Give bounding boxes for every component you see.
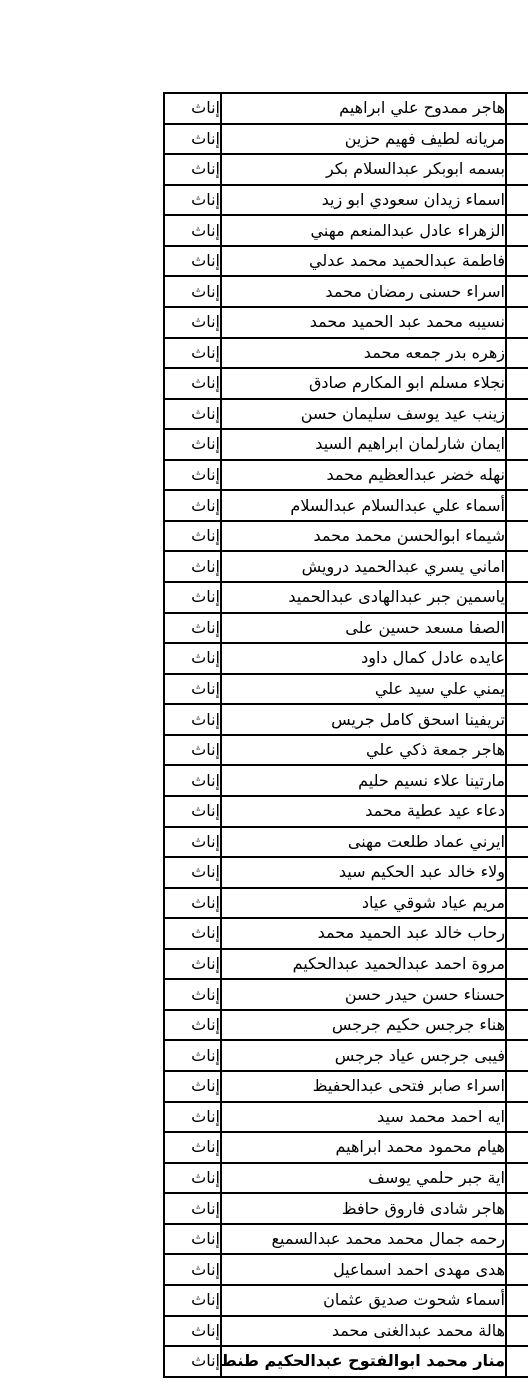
table-row: إناث زهره بدر جمعه محمد bbox=[164, 338, 528, 369]
serial-cell bbox=[506, 307, 528, 338]
name-cell: نسيبه محمد عبد الحميد محمد bbox=[221, 307, 506, 338]
gender-cell: إناث bbox=[164, 1132, 221, 1163]
serial-cell bbox=[506, 1254, 528, 1285]
name-cell: عايده عادل كمال داود bbox=[221, 643, 506, 674]
name-cell: هاجر ممدوح علي ابراهيم bbox=[221, 93, 506, 124]
gender-cell: إناث bbox=[164, 124, 221, 155]
table-row: إناث اسراء صابر فتحى عبدالحفيظ bbox=[164, 1071, 528, 1102]
serial-cell bbox=[506, 704, 528, 735]
gender-cell: إناث bbox=[164, 1010, 221, 1041]
name-cell: اية جبر حلمي يوسف bbox=[221, 1163, 506, 1194]
serial-cell bbox=[506, 949, 528, 980]
serial-cell bbox=[506, 1224, 528, 1255]
name-cell: حسناء حسن حيدر حسن bbox=[221, 979, 506, 1010]
name-cell: منار محمد ابوالفتوح عبدالحكيم طنطاوى bbox=[221, 1346, 506, 1377]
serial-cell bbox=[506, 857, 528, 888]
gender-cell: إناث bbox=[164, 643, 221, 674]
name-cell: هيام محمود محمد ابراهيم bbox=[221, 1132, 506, 1163]
gender-cell: إناث bbox=[164, 918, 221, 949]
gender-cell: إناث bbox=[164, 827, 221, 858]
name-cell: مريم عياد شوقي عياد bbox=[221, 888, 506, 919]
name-cell: هدى مهدى احمد اسماعيل bbox=[221, 1254, 506, 1285]
serial-cell bbox=[506, 215, 528, 246]
gender-cell: إناث bbox=[164, 1040, 221, 1071]
serial-cell bbox=[506, 1316, 528, 1347]
gender-cell: إناث bbox=[164, 1071, 221, 1102]
serial-cell bbox=[506, 1132, 528, 1163]
serial-cell bbox=[506, 460, 528, 491]
name-cell: هالة محمد عبدالغنى محمد bbox=[221, 1316, 506, 1347]
gender-cell: إناث bbox=[164, 551, 221, 582]
serial-cell bbox=[506, 735, 528, 766]
table-row: إناث رحاب خالد عبد الحميد محمد bbox=[164, 918, 528, 949]
table-row: إناث مارتينا علاء نسيم حليم bbox=[164, 765, 528, 796]
female-names-roster: إناث هاجر ممدوح علي ابراهيم إناث مريانه … bbox=[163, 92, 528, 1378]
table-row: إناث اماني يسري عبدالحميد درويش bbox=[164, 551, 528, 582]
table-row: إناث ايرني عماد طلعت مهنى bbox=[164, 827, 528, 858]
serial-cell bbox=[506, 765, 528, 796]
name-cell: فاطمة عبدالحميد محمد عدلي bbox=[221, 246, 506, 277]
serial-cell bbox=[506, 399, 528, 430]
gender-cell: إناث bbox=[164, 888, 221, 919]
gender-cell: إناث bbox=[164, 276, 221, 307]
gender-cell: إناث bbox=[164, 93, 221, 124]
table-row: إناث شيماء ابوالحسن محمد محمد bbox=[164, 521, 528, 552]
name-cell: فيبى جرجس عياد جرجس bbox=[221, 1040, 506, 1071]
serial-cell bbox=[506, 246, 528, 277]
table-row: إناث تريفينا اسحق كامل جريس bbox=[164, 704, 528, 735]
table-row: إناث زينب عيد يوسف سليمان حسن bbox=[164, 399, 528, 430]
name-cell: هاجر جمعة ذكي علي bbox=[221, 735, 506, 766]
serial-cell bbox=[506, 1010, 528, 1041]
name-cell: بسمه ابوبكر عبدالسلام بكر bbox=[221, 154, 506, 185]
gender-cell: إناث bbox=[164, 246, 221, 277]
name-cell: ايرني عماد طلعت مهنى bbox=[221, 827, 506, 858]
name-cell: رحاب خالد عبد الحميد محمد bbox=[221, 918, 506, 949]
table-row: إناث اية جبر حلمي يوسف bbox=[164, 1163, 528, 1194]
name-cell: اسراء صابر فتحى عبدالحفيظ bbox=[221, 1071, 506, 1102]
table-row: إناث دعاء عيد عطية محمد bbox=[164, 796, 528, 827]
gender-cell: إناث bbox=[164, 1193, 221, 1224]
table-row: إناث اسماء زيدان سعودي ابو زيد bbox=[164, 185, 528, 216]
gender-cell: إناث bbox=[164, 674, 221, 705]
table-row: إناث هالة محمد عبدالغنى محمد bbox=[164, 1316, 528, 1347]
serial-cell bbox=[506, 613, 528, 644]
name-cell: هاجر شادى فاروق حافظ bbox=[221, 1193, 506, 1224]
table-row: إناث هاجر شادى فاروق حافظ bbox=[164, 1193, 528, 1224]
name-cell: رحمه جمال محمد محمد عبدالسميع bbox=[221, 1224, 506, 1255]
table-row: إناث مروة احمد عبدالحميد عبدالحكيم bbox=[164, 949, 528, 980]
table-row: إناث هاجر ممدوح علي ابراهيم bbox=[164, 93, 528, 124]
gender-cell: إناث bbox=[164, 521, 221, 552]
table-row: إناث ولاء خالد عبد الحكيم سيد bbox=[164, 857, 528, 888]
table-row: إناث الزهراء عادل عبدالمنعم مهني bbox=[164, 215, 528, 246]
name-cell: زينب عيد يوسف سليمان حسن bbox=[221, 399, 506, 430]
gender-cell: إناث bbox=[164, 429, 221, 460]
gender-cell: إناث bbox=[164, 185, 221, 216]
table-row: إناث ايمان شارلمان ابراهيم السيد bbox=[164, 429, 528, 460]
serial-cell bbox=[506, 643, 528, 674]
name-cell: أسماء علي عبدالسلام عبدالسلام bbox=[221, 490, 506, 521]
gender-cell: إناث bbox=[164, 215, 221, 246]
name-cell: أسماء شحوت صديق عثمان bbox=[221, 1285, 506, 1316]
name-cell: مروة احمد عبدالحميد عبدالحكيم bbox=[221, 949, 506, 980]
table-row: إناث هيام محمود محمد ابراهيم bbox=[164, 1132, 528, 1163]
gender-cell: إناث bbox=[164, 613, 221, 644]
gender-cell: إناث bbox=[164, 1224, 221, 1255]
table-row: إناث هدى مهدى احمد اسماعيل bbox=[164, 1254, 528, 1285]
gender-cell: إناث bbox=[164, 338, 221, 369]
table-row: إناث ايه احمد محمد سيد bbox=[164, 1102, 528, 1133]
serial-cell bbox=[506, 796, 528, 827]
table-row: إناث هناء جرجس حكيم جرجس bbox=[164, 1010, 528, 1041]
serial-cell bbox=[506, 185, 528, 216]
table-row: إناث نسيبه محمد عبد الحميد محمد bbox=[164, 307, 528, 338]
gender-cell: إناث bbox=[164, 857, 221, 888]
serial-cell bbox=[506, 1040, 528, 1071]
serial-cell bbox=[506, 551, 528, 582]
gender-cell: إناث bbox=[164, 368, 221, 399]
table-row: إناث رحمه جمال محمد محمد عبدالسميع bbox=[164, 1224, 528, 1255]
table-row: إناث فيبى جرجس عياد جرجس bbox=[164, 1040, 528, 1071]
name-cell: اسماء زيدان سعودي ابو زيد bbox=[221, 185, 506, 216]
name-cell: هناء جرجس حكيم جرجس bbox=[221, 1010, 506, 1041]
table-row: إناث نهله خضر عبدالعظيم محمد bbox=[164, 460, 528, 491]
gender-cell: إناث bbox=[164, 765, 221, 796]
name-cell: ياسمين جبر عبدالهادى عبدالحميد bbox=[221, 582, 506, 613]
table-row: إناث ياسمين جبر عبدالهادى عبدالحميد bbox=[164, 582, 528, 613]
serial-cell bbox=[506, 1285, 528, 1316]
gender-cell: إناث bbox=[164, 490, 221, 521]
serial-cell bbox=[506, 338, 528, 369]
name-cell: مريانه لطيف فهيم حزين bbox=[221, 124, 506, 155]
table-row: إناث أسماء شحوت صديق عثمان bbox=[164, 1285, 528, 1316]
serial-cell bbox=[506, 918, 528, 949]
serial-cell bbox=[506, 582, 528, 613]
name-cell: مارتينا علاء نسيم حليم bbox=[221, 765, 506, 796]
table-row: إناث الصفا مسعد حسين على bbox=[164, 613, 528, 644]
name-cell: شيماء ابوالحسن محمد محمد bbox=[221, 521, 506, 552]
table-row: إناث مريانه لطيف فهيم حزين bbox=[164, 124, 528, 155]
table-row: إناث حسناء حسن حيدر حسن bbox=[164, 979, 528, 1010]
gender-cell: إناث bbox=[164, 399, 221, 430]
name-cell: اماني يسري عبدالحميد درويش bbox=[221, 551, 506, 582]
gender-cell: إناث bbox=[164, 1316, 221, 1347]
gender-cell: إناث bbox=[164, 735, 221, 766]
gender-cell: إناث bbox=[164, 704, 221, 735]
serial-cell bbox=[506, 888, 528, 919]
serial-cell bbox=[506, 521, 528, 552]
serial-cell bbox=[506, 674, 528, 705]
serial-cell bbox=[506, 154, 528, 185]
serial-cell bbox=[506, 1346, 528, 1377]
name-cell: دعاء عيد عطية محمد bbox=[221, 796, 506, 827]
names-table: إناث هاجر ممدوح علي ابراهيم إناث مريانه … bbox=[163, 92, 528, 1378]
table-row: إناث فاطمة عبدالحميد محمد عدلي bbox=[164, 246, 528, 277]
name-cell: نهله خضر عبدالعظيم محمد bbox=[221, 460, 506, 491]
table-row: إناث أسماء علي عبدالسلام عبدالسلام bbox=[164, 490, 528, 521]
gender-cell: إناث bbox=[164, 1346, 221, 1377]
table-row: إناث يمني علي سيد علي bbox=[164, 674, 528, 705]
serial-cell bbox=[506, 1163, 528, 1194]
table-row: إناث نجلاء مسلم ابو المكارم صادق bbox=[164, 368, 528, 399]
gender-cell: إناث bbox=[164, 307, 221, 338]
gender-cell: إناث bbox=[164, 1254, 221, 1285]
names-table-body: إناث هاجر ممدوح علي ابراهيم إناث مريانه … bbox=[164, 93, 528, 1377]
table-row: إناث منار محمد ابوالفتوح عبدالحكيم طنطاو… bbox=[164, 1346, 528, 1377]
serial-cell bbox=[506, 276, 528, 307]
name-cell: تريفينا اسحق كامل جريس bbox=[221, 704, 506, 735]
gender-cell: إناث bbox=[164, 582, 221, 613]
name-cell: اسراء حسنى رمضان محمد bbox=[221, 276, 506, 307]
name-cell: الصفا مسعد حسين على bbox=[221, 613, 506, 644]
table-row: إناث عايده عادل كمال داود bbox=[164, 643, 528, 674]
gender-cell: إناث bbox=[164, 460, 221, 491]
gender-cell: إناث bbox=[164, 949, 221, 980]
name-cell: ايه احمد محمد سيد bbox=[221, 1102, 506, 1133]
name-cell: الزهراء عادل عبدالمنعم مهني bbox=[221, 215, 506, 246]
serial-cell bbox=[506, 979, 528, 1010]
gender-cell: إناث bbox=[164, 979, 221, 1010]
name-cell: زهره بدر جمعه محمد bbox=[221, 338, 506, 369]
serial-cell bbox=[506, 1102, 528, 1133]
serial-cell bbox=[506, 368, 528, 399]
serial-cell bbox=[506, 124, 528, 155]
serial-cell bbox=[506, 1193, 528, 1224]
table-row: إناث هاجر جمعة ذكي علي bbox=[164, 735, 528, 766]
name-cell: يمني علي سيد علي bbox=[221, 674, 506, 705]
serial-cell bbox=[506, 429, 528, 460]
serial-cell bbox=[506, 1071, 528, 1102]
gender-cell: إناث bbox=[164, 154, 221, 185]
table-row: إناث مريم عياد شوقي عياد bbox=[164, 888, 528, 919]
serial-cell bbox=[506, 93, 528, 124]
serial-cell bbox=[506, 490, 528, 521]
gender-cell: إناث bbox=[164, 1285, 221, 1316]
table-row: إناث بسمه ابوبكر عبدالسلام بكر bbox=[164, 154, 528, 185]
gender-cell: إناث bbox=[164, 796, 221, 827]
gender-cell: إناث bbox=[164, 1163, 221, 1194]
name-cell: ايمان شارلمان ابراهيم السيد bbox=[221, 429, 506, 460]
gender-cell: إناث bbox=[164, 1102, 221, 1133]
serial-cell bbox=[506, 827, 528, 858]
table-row: إناث اسراء حسنى رمضان محمد bbox=[164, 276, 528, 307]
name-cell: نجلاء مسلم ابو المكارم صادق bbox=[221, 368, 506, 399]
name-cell: ولاء خالد عبد الحكيم سيد bbox=[221, 857, 506, 888]
